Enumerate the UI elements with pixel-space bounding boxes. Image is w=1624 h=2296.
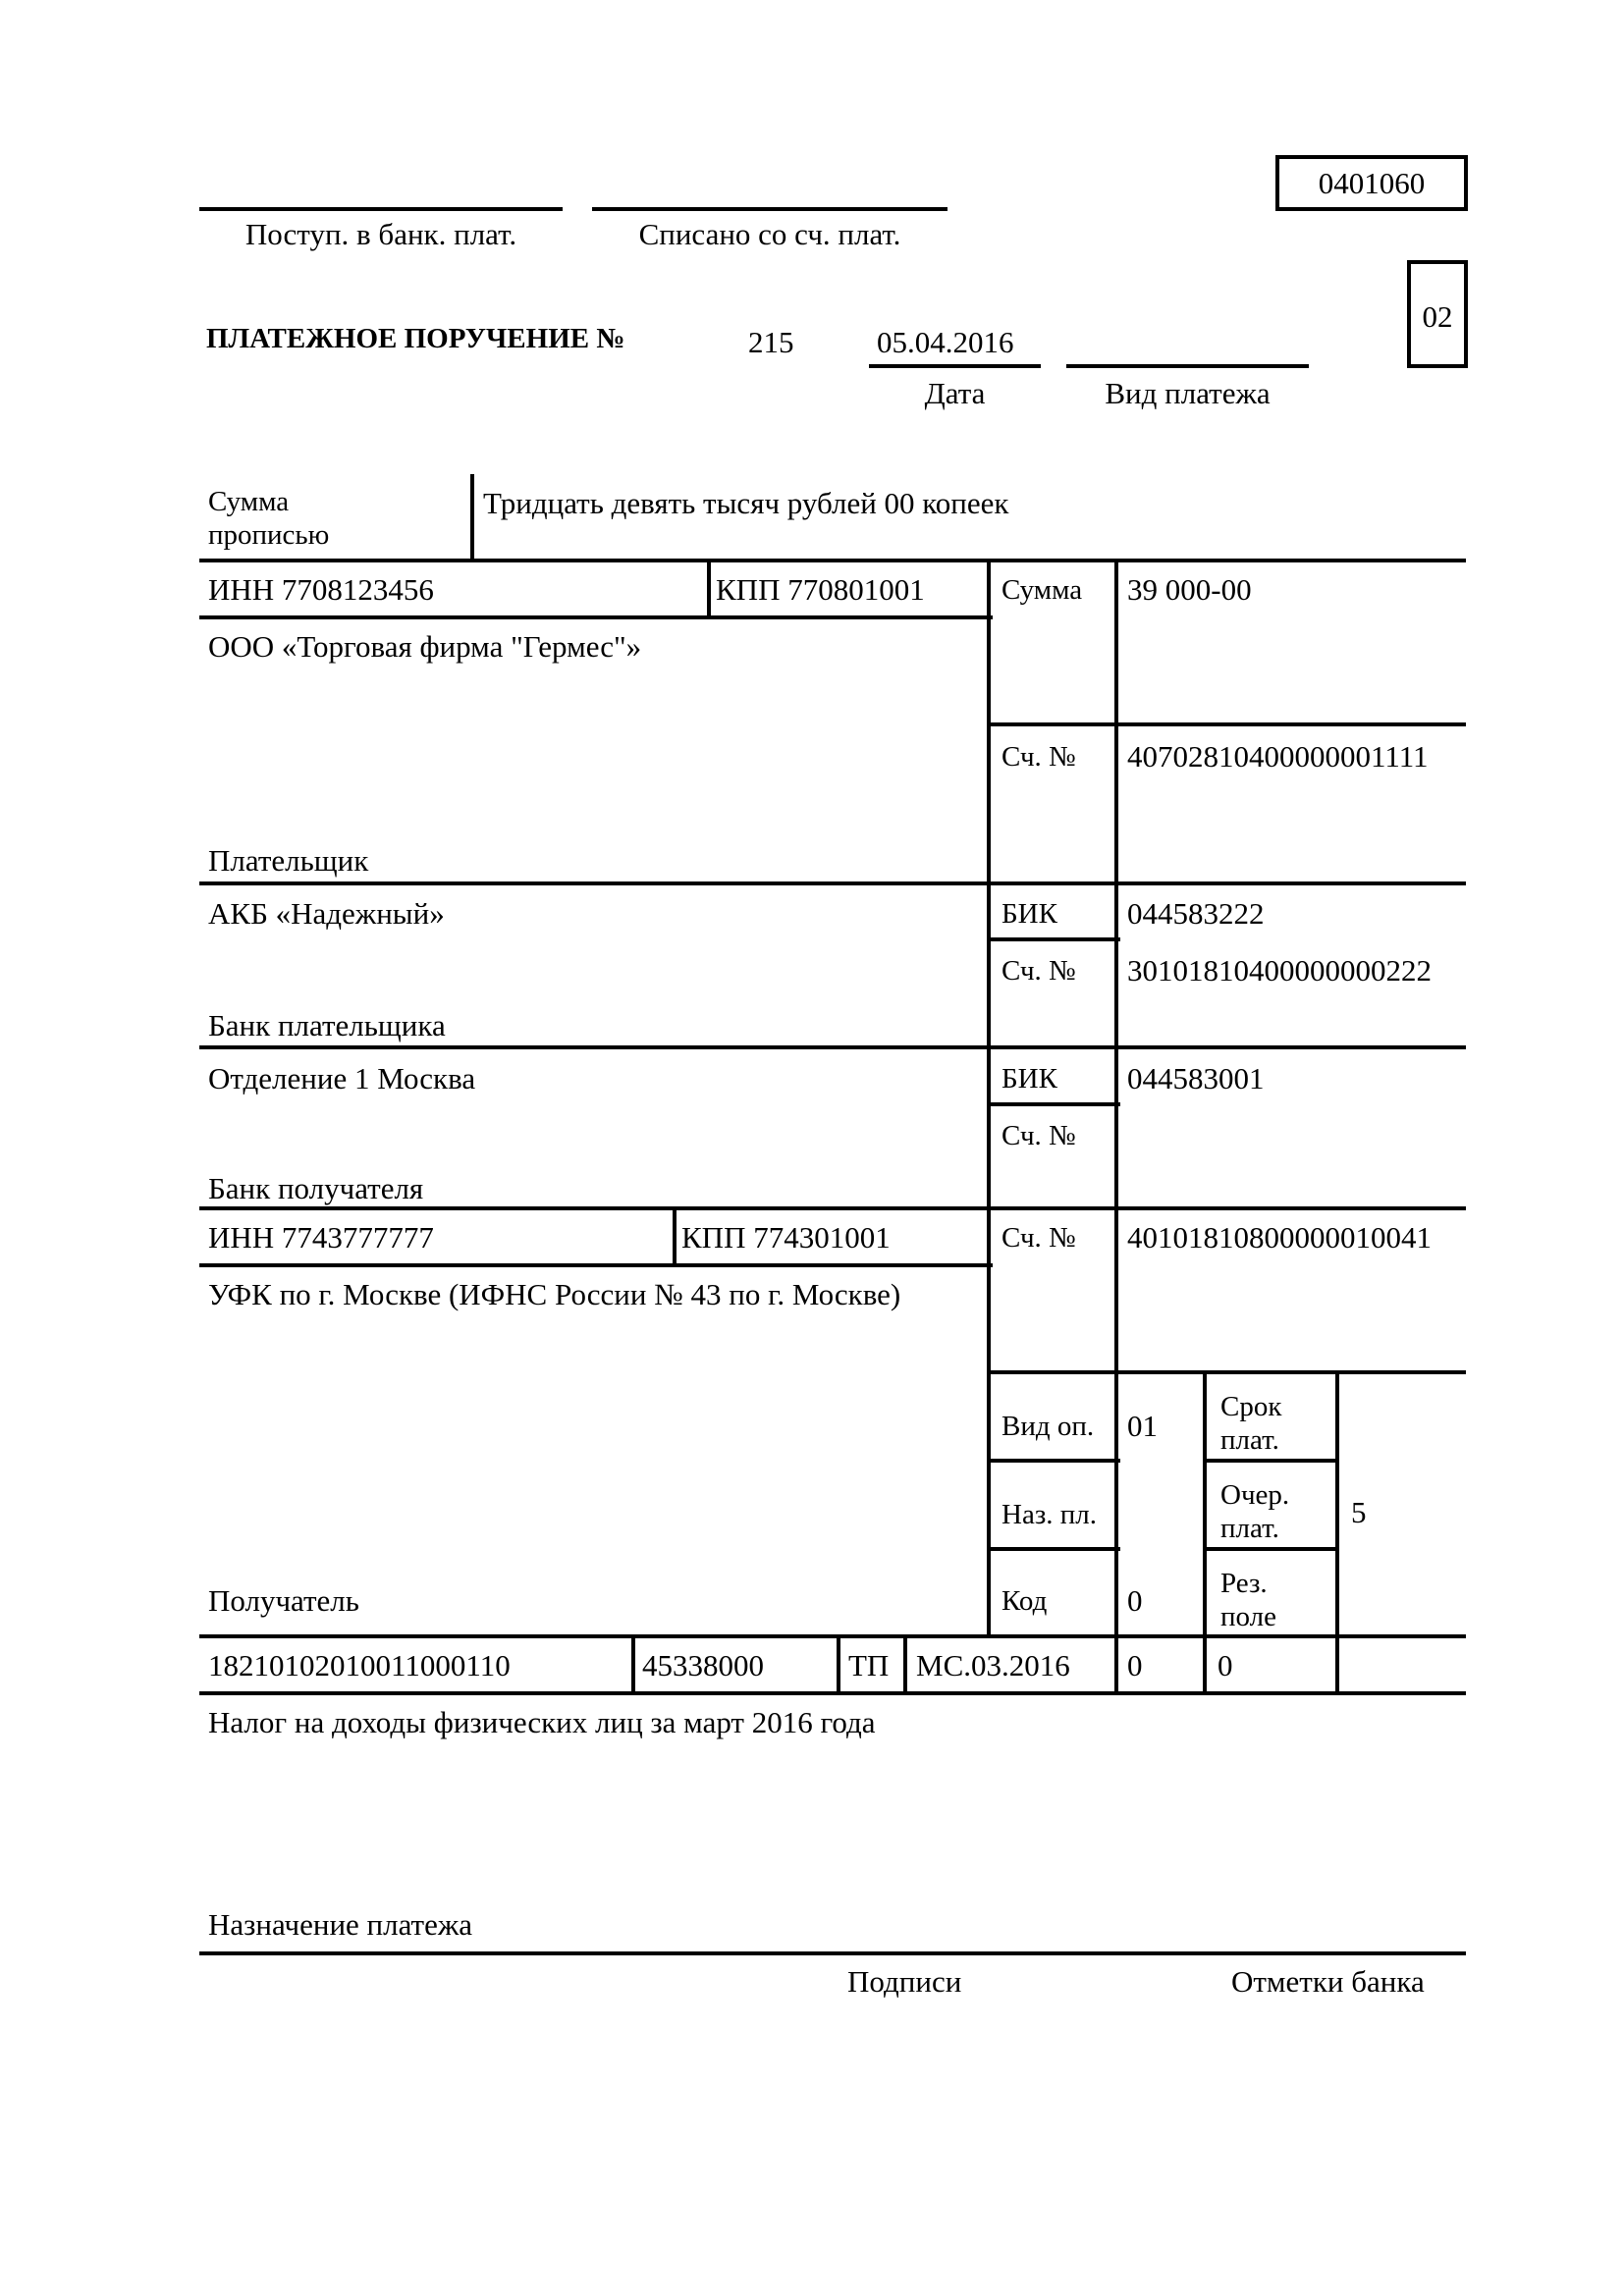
payment-kind-line xyxy=(1066,364,1309,368)
line-recipient-kpp-divider xyxy=(673,1206,677,1265)
payer-kpp: КПП 770801001 xyxy=(716,573,925,607)
kod-label: Код xyxy=(1001,1584,1047,1618)
vid-op-value: 01 xyxy=(1127,1410,1158,1443)
recipient-bank-name: Отделение 1 Москва xyxy=(208,1062,475,1095)
payment-purpose: Налог на доходы физических лиц за март 2… xyxy=(208,1706,876,1739)
payer-bank-bik-label: БИК xyxy=(1001,897,1057,931)
recipient-account-label: Сч. № xyxy=(1001,1221,1076,1255)
recipient-bank-account-label: Сч. № xyxy=(1001,1119,1076,1152)
line-tax-col1 xyxy=(631,1634,635,1693)
line-recipient-top xyxy=(199,1206,1466,1210)
recipient-name: УФК по г. Москве (ИФНС России № 43 по г.… xyxy=(208,1278,900,1311)
payer-label: Плательщик xyxy=(208,844,368,878)
oktmo-code: 45338000 xyxy=(642,1649,764,1682)
received-label: Поступ. в банк. плат. xyxy=(199,218,563,251)
rez-pole-label-1: Рез. xyxy=(1220,1567,1268,1600)
recipient-bank-bik: 044583001 xyxy=(1127,1062,1265,1095)
payment-type-code: 02 xyxy=(1411,300,1464,334)
srok-plat-label-2: плат. xyxy=(1220,1423,1279,1457)
form-code-box: 0401060 xyxy=(1275,155,1468,211)
line-purpose-bottom xyxy=(199,1951,1466,1955)
line-main-vertical xyxy=(987,559,991,1636)
kod-value: 0 xyxy=(1127,1584,1143,1618)
line-recipient-bank-top xyxy=(199,1045,1466,1049)
debited-label: Списано со сч. плат. xyxy=(592,218,947,251)
line-value-vertical xyxy=(1114,559,1118,1693)
line-operation-top xyxy=(989,1370,1466,1374)
recipient-bank-bik-label: БИК xyxy=(1001,1062,1057,1095)
payer-account: 40702810400000001111 xyxy=(1127,740,1429,774)
line-payer-amount-split xyxy=(989,722,1466,726)
payer-bank-account-label: Сч. № xyxy=(1001,954,1076,988)
line-payer-kpp-divider xyxy=(707,559,711,617)
ocher-plat-label-2: плат. xyxy=(1220,1512,1279,1545)
line-operation-row3-right xyxy=(1205,1547,1339,1551)
ocher-plat-value: 5 xyxy=(1351,1496,1367,1529)
recipient-bank-label: Банк получателя xyxy=(208,1172,423,1205)
rez-pole-label-2: поле xyxy=(1220,1600,1276,1633)
line-recipient-bank-bik-split xyxy=(989,1102,1120,1106)
line-payer-bank-top xyxy=(199,881,1466,885)
payment-basis: ТП xyxy=(848,1649,889,1682)
bank-marks-label: Отметки банка xyxy=(1231,1965,1425,1999)
line-tax-row-top xyxy=(199,1634,1466,1638)
payer-bank-label: Банк плательщика xyxy=(208,1009,446,1042)
line-payer-top xyxy=(199,559,1466,562)
line-op-col4 xyxy=(1335,1370,1339,1693)
amount-words-divider xyxy=(470,474,474,561)
amount-words-label-2: прописью xyxy=(208,518,329,552)
line-operation-row2-right xyxy=(1205,1459,1339,1463)
date-label: Дата xyxy=(869,377,1041,410)
payer-bank-bik: 044583222 xyxy=(1127,897,1265,931)
line-payer-bank-bik-split xyxy=(989,937,1120,941)
tax-period: МС.03.2016 xyxy=(916,1649,1070,1682)
document-title: ПЛАТЕЖНОЕ ПОРУЧЕНИЕ № xyxy=(206,322,625,355)
line-tax-col2 xyxy=(837,1634,840,1693)
payment-type-code-box: 02 xyxy=(1407,260,1468,368)
line-tax-row-bottom xyxy=(199,1691,1466,1695)
payer-amount-label: Сумма xyxy=(1001,573,1082,607)
received-date-line xyxy=(199,207,563,211)
payment-purpose-label: Назначение платежа xyxy=(208,1908,472,1942)
payer-bank-name: АКБ «Надежный» xyxy=(208,897,445,931)
payment-kind-label: Вид платежа xyxy=(1066,377,1309,410)
line-recipient-inn-bottom xyxy=(199,1263,993,1267)
amount-words-label-1: Сумма xyxy=(208,485,289,518)
amount-in-words: Тридцать девять тысяч рублей 00 копеек xyxy=(483,487,1008,520)
order-number: 215 xyxy=(748,326,794,359)
recipient-kpp: КПП 774301001 xyxy=(681,1221,891,1255)
payer-name: ООО «Торговая фирма "Гермес"» xyxy=(208,630,641,664)
ocher-plat-label-1: Очер. xyxy=(1220,1478,1289,1512)
doc-number: 0 xyxy=(1127,1649,1143,1682)
srok-plat-label-1: Срок xyxy=(1220,1390,1281,1423)
line-op-col3 xyxy=(1203,1370,1207,1693)
debited-date-line xyxy=(592,207,947,211)
vid-op-label: Вид оп. xyxy=(1001,1410,1094,1443)
recipient-inn: ИНН 7743777777 xyxy=(208,1221,434,1255)
payer-amount: 39 000-00 xyxy=(1127,573,1252,607)
recipient-account: 40101810800000010041 xyxy=(1127,1221,1432,1255)
doc-date: 0 xyxy=(1218,1649,1233,1682)
payer-inn: ИНН 7708123456 xyxy=(208,573,434,607)
line-operation-row2 xyxy=(989,1459,1120,1463)
line-payer-inn-bottom xyxy=(199,615,993,619)
form-code: 0401060 xyxy=(1279,167,1464,200)
order-date: 05.04.2016 xyxy=(877,326,1014,359)
payer-bank-account: 30101810400000000222 xyxy=(1127,954,1432,988)
date-line xyxy=(869,364,1041,368)
line-operation-row3 xyxy=(989,1547,1120,1551)
kbk-code: 18210102010011000110 xyxy=(208,1649,511,1682)
signatures-label: Подписи xyxy=(847,1965,961,1999)
naz-pl-label: Наз. пл. xyxy=(1001,1498,1097,1531)
recipient-label: Получатель xyxy=(208,1584,359,1618)
line-tax-col3 xyxy=(903,1634,907,1693)
payer-account-label: Сч. № xyxy=(1001,740,1076,774)
